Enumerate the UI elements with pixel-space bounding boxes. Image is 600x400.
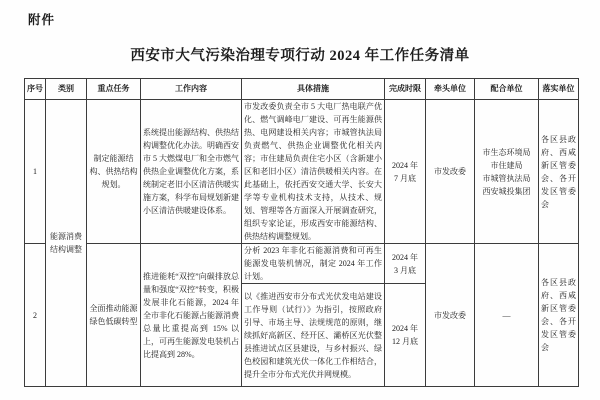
col-header-measures: 具体措施 bbox=[242, 79, 385, 100]
task-table: 序号 类别 重点任务 工作内容 具体措施 完成时限 牵头单位 配合单位 落实单位… bbox=[24, 78, 579, 387]
cell-lead-unit: 市发改委 bbox=[426, 100, 475, 244]
support-unit-line: 市生态环境局 bbox=[477, 146, 536, 159]
support-unit-line: 市城管执法局 bbox=[477, 172, 536, 185]
page-title: 西安市大气污染治理专项行动 2024 年工作任务清单 bbox=[0, 44, 600, 65]
table-row-1: 1 能源消费结构调整 制定能源结构、供热结构规划。 系统提出能源结构、供热结构调… bbox=[25, 100, 579, 244]
cell-measures: 市发改委负责全市 5 大电厂热电联产优化、燃气调峰电厂建设、可再生能源供热、电网… bbox=[242, 100, 385, 244]
col-header-implement-unit: 落实单位 bbox=[539, 79, 579, 100]
cell-deadline-b: 2024 年 12 月底 bbox=[385, 284, 426, 387]
document-page: 附件 西安市大气污染治理专项行动 2024 年工作任务清单 序号 类别 重点任务… bbox=[0, 0, 600, 400]
cell-work-content: 系统提出能源结构、供热结构调整优化办法。明确西安市 5 大燃煤电厂和全市燃气供热… bbox=[141, 100, 242, 244]
col-header-category: 类别 bbox=[46, 79, 87, 100]
cell-key-task: 制定能源结构、供热结构规划。 bbox=[87, 100, 141, 244]
cell-implement-unit: 各区县政府、西咸新区管委会、各开发区管委会 bbox=[539, 244, 579, 387]
col-header-deadline: 完成时限 bbox=[385, 79, 426, 100]
cell-work-content: 推进能耗“双控”向碳排放总量和强度“双控”转变，积极发展非化石能源，2024 年… bbox=[141, 244, 242, 387]
col-header-key-task: 重点任务 bbox=[87, 79, 141, 100]
col-header-support-unit: 配合单位 bbox=[475, 79, 539, 100]
cell-support-unit: 市生态环境局 市住建局 市城管执法局 西安城投集团 bbox=[475, 100, 539, 244]
col-header-serial: 序号 bbox=[25, 79, 46, 100]
col-header-work-content: 工作内容 bbox=[141, 79, 242, 100]
cell-deadline-a: 2024 年 3 月底 bbox=[385, 244, 426, 284]
table-row-2a: 2 全面推动能源绿色低碳转型 推进能耗“双控”向碳排放总量和强度“双控”转变，积… bbox=[25, 244, 579, 284]
cell-category: 能源消费结构调整 bbox=[46, 100, 87, 387]
table-header-row: 序号 类别 重点任务 工作内容 具体措施 完成时限 牵头单位 配合单位 落实单位 bbox=[25, 79, 579, 100]
cell-deadline: 2024 年 7 月底 bbox=[385, 100, 426, 244]
attachment-label: 附件 bbox=[28, 10, 55, 28]
cell-support-unit: — bbox=[475, 244, 539, 387]
cell-lead-unit: 市发改委 bbox=[426, 244, 475, 387]
support-unit-line: 市住建局 bbox=[477, 159, 536, 172]
cell-serial-no: 2 bbox=[25, 244, 46, 387]
support-unit-line: 西安城投集团 bbox=[477, 185, 536, 198]
cell-measures-b: 以《推进西安市分布式光伏发电站建设工作导则（试行）》为指引，按照政府引导、市场主… bbox=[242, 284, 385, 387]
cell-implement-unit: 各区县政府、西咸新区管委会、各开发区管委会 bbox=[539, 100, 579, 244]
col-header-lead-unit: 牵头单位 bbox=[426, 79, 475, 100]
cell-key-task: 全面推动能源绿色低碳转型 bbox=[87, 244, 141, 387]
cell-measures-a: 分析 2023 年非化石能源消费和可再生能源发电装机情况，制定 2024 年工作… bbox=[242, 244, 385, 284]
cell-serial-no: 1 bbox=[25, 100, 46, 244]
